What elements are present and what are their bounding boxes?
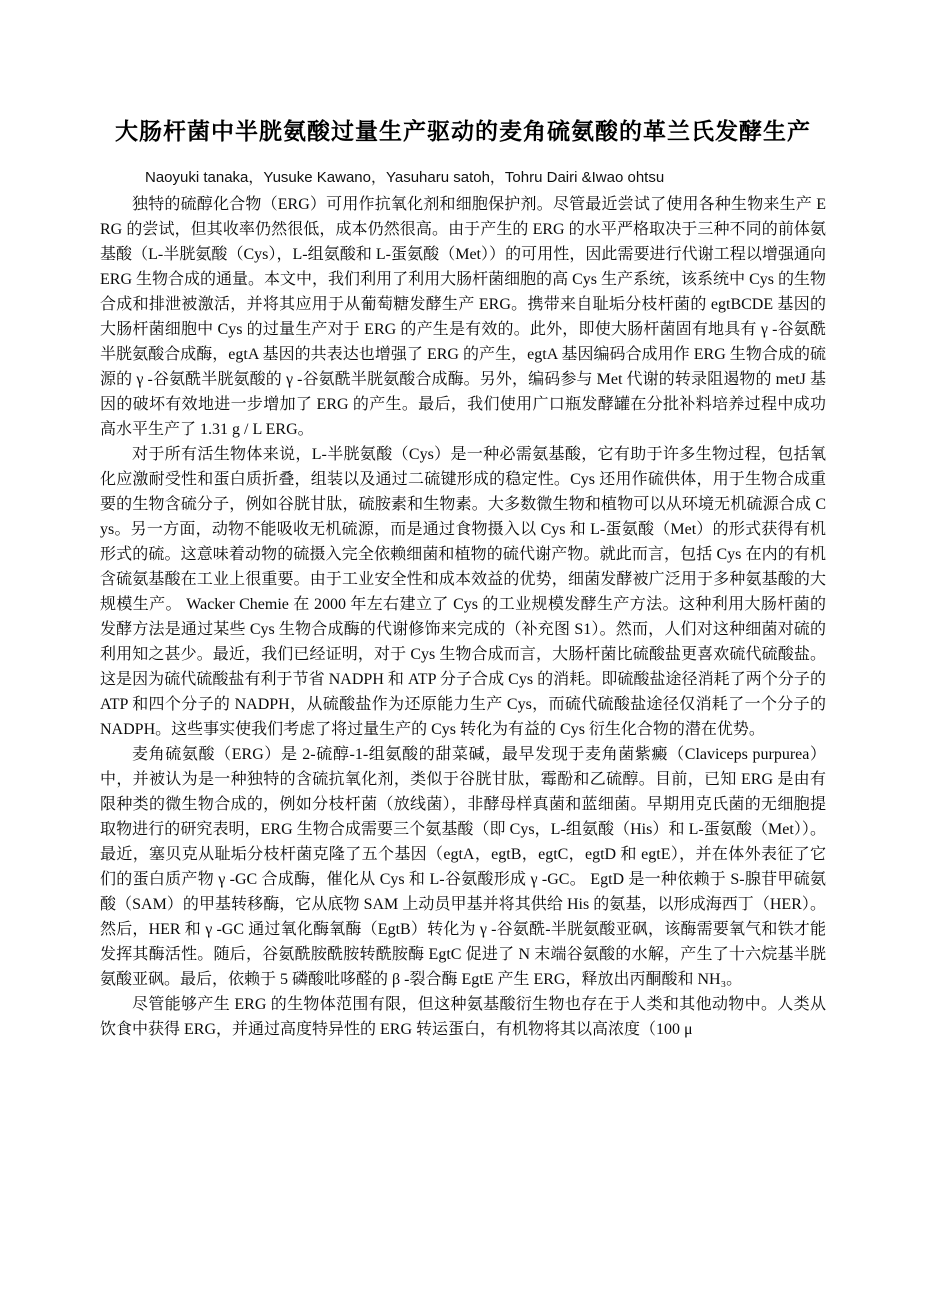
document-page: 大肠杆菌中半胱氨酸过量生产驱动的麦角硫氨酸的革兰氏发酵生产 Naoyuki ta…: [0, 0, 926, 1309]
paragraph-erg-in-animals: 尽管能够产生 ERG 的生物体范围有限，但这种氨基酸衍生物也存在于人类和其他动物…: [100, 992, 826, 1042]
document-title: 大肠杆菌中半胱氨酸过量生产驱动的麦角硫氨酸的革兰氏发酵生产: [100, 106, 826, 158]
paragraph-ergothioneine-biosynthesis: 麦角硫氨酸（ERG）是 2-硫醇-1-组氨酸的甜菜碱，最早发现于麦角菌紫癜（Cl…: [100, 742, 826, 992]
paragraph-intro-cysteine: 对于所有活生物体来说，L-半胱氨酸（Cys）是一种必需氨基酸，它有助于许多生物过…: [100, 442, 826, 742]
paragraph-abstract: 独特的硫醇化合物（ERG）可用作抗氧化剂和细胞保护剂。尽管最近尝试了使用各种生物…: [100, 192, 826, 442]
document-body: 独特的硫醇化合物（ERG）可用作抗氧化剂和细胞保护剂。尽管最近尝试了使用各种生物…: [100, 192, 826, 1042]
authors-line: Naoyuki tanaka，Yusuke Kawano，Yasuharu sa…: [100, 166, 826, 190]
